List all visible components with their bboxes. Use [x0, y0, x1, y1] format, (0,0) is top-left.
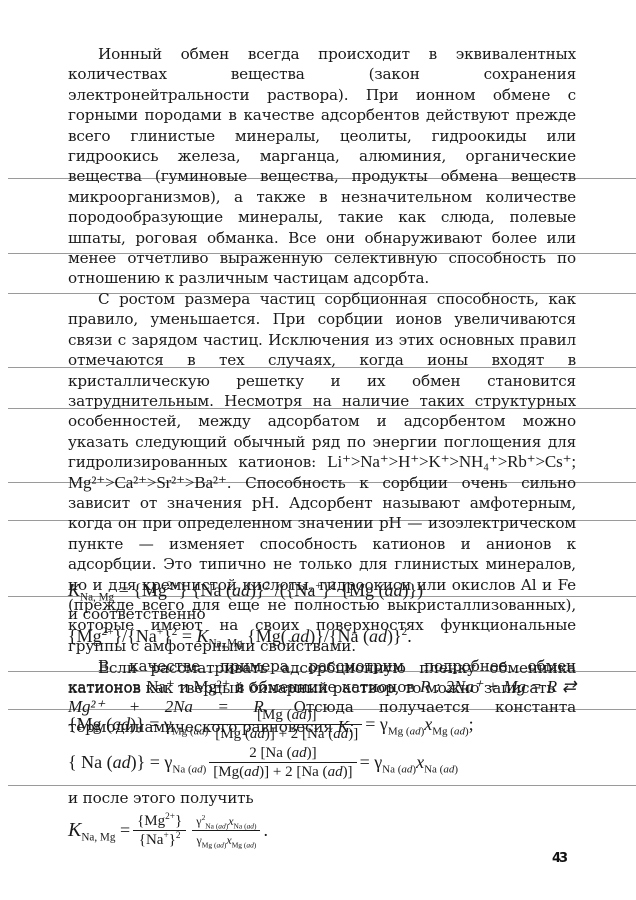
text-and-then-obtain: и после этого получить	[68, 788, 576, 808]
equation-5: KNa, Mg ={Mg2+}{Na+}2γ2Na (ad)xNa (ad)γM…	[68, 812, 268, 849]
paragraph-particle-size: С ростом размера частиц сорбционная спос…	[68, 289, 576, 656]
paragraph-ion-exchange: Ионный обмен всегда происходит в эквивал…	[68, 44, 576, 289]
page-number: 43	[552, 851, 566, 866]
equation-3: {Mg (ad)} = γMg (ad)[Mg (ad)][Mg (ad)] +…	[68, 706, 474, 743]
equation-1: KNa, Mg = {Mg2+} {Na (ad)}2 /({Na+}2 {Mg…	[68, 580, 423, 601]
equation-2: {Mg2+}/{Na+}2 = KNa, Mg {Mg( ad)}/{Na (a…	[68, 626, 412, 647]
book-page: Ионный обмен всегда происходит в эквивал…	[0, 0, 636, 900]
equation-4: { Na (ad)} = γNa (ad)2 [Na (ad)][Mg(ad)]…	[68, 744, 458, 781]
scan-line	[8, 785, 636, 786]
paragraph-binary-solution: Если рассматривать адсорбционную пленку …	[68, 658, 576, 699]
text-and-respectively: и соответственно	[68, 604, 576, 624]
